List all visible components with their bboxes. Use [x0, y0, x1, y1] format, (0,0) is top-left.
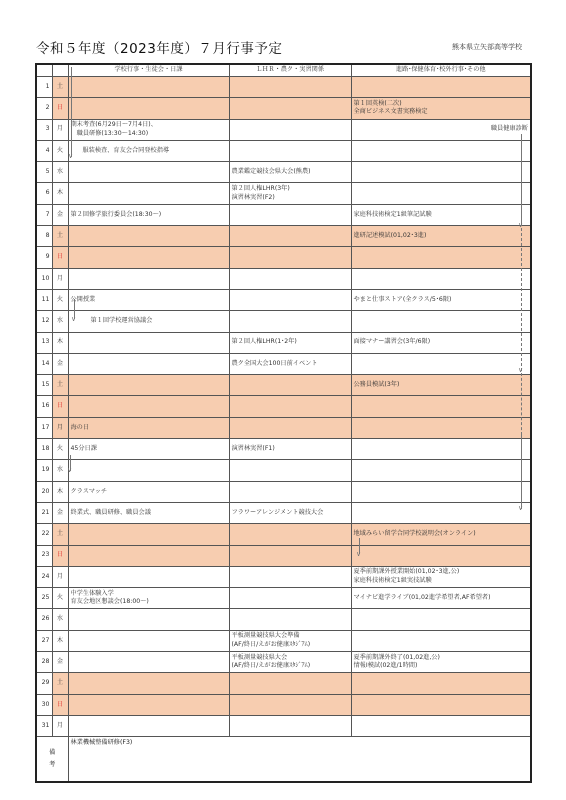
weekday: 月	[52, 715, 68, 736]
weekday: 火	[52, 439, 68, 460]
day-number: 31	[36, 715, 52, 736]
day-row: 25火中学生体験入学 育友会地区懇談会(18:00～)マイナビ進学ライブ(01,…	[36, 588, 531, 609]
day-row: 19水	[36, 460, 531, 481]
school-event-cell	[68, 630, 229, 651]
weekday: 月	[52, 268, 68, 289]
day-row: 29土	[36, 673, 531, 694]
lhr-cell	[229, 524, 351, 545]
day-row: 26水	[36, 609, 531, 630]
day-row: 4火服装検査、育友会合同登校指導	[36, 140, 531, 161]
career-cell: 地域みらい留学合同学校説明会(オンライン)	[351, 524, 531, 545]
lhr-cell	[229, 247, 351, 268]
arrow-line-health-check	[521, 134, 522, 226]
career-cell: 面接マナー講習会(3年/6限)	[351, 332, 531, 353]
lhr-cell: フラワーアレンジメント競技大会	[229, 502, 351, 523]
school-event-cell	[68, 545, 229, 566]
day-number: 28	[36, 652, 52, 673]
career-cell: 夏季前期課外授業開始(01,02･3進,公) 家庭科技術検定1級実技試験	[351, 566, 531, 587]
lhr-cell	[229, 98, 351, 119]
lhr-cell: 農ク全国大会100日前イベント	[229, 353, 351, 374]
weekday: 木	[52, 481, 68, 502]
school-event-cell	[68, 183, 229, 204]
day-number: 17	[36, 417, 52, 438]
lhr-cell	[229, 609, 351, 630]
career-cell	[351, 481, 531, 502]
lhr-cell	[229, 460, 351, 481]
lhr-cell	[229, 119, 351, 140]
weekday: 金	[52, 353, 68, 374]
school-event-cell: 中学生体験入学 育友会地区懇談会(18:00～)	[68, 588, 229, 609]
day-row: 14金農ク全国大会100日前イベント	[36, 353, 531, 374]
school-event-cell: 第１回学校運営協議会	[68, 311, 229, 332]
lhr-cell: 第２回人権LHR(3年) 演習林実習(F2)	[229, 183, 351, 204]
career-cell	[351, 268, 531, 289]
school-event-cell	[68, 396, 229, 417]
day-number: 20	[36, 481, 52, 502]
remarks-row: 備 考 林業機械整備研修(F3)	[36, 737, 531, 783]
lhr-cell: 平板測量競技県大会準備 (AF/終日/えがお健康ｽﾀｼﾞｱﾑ)	[229, 630, 351, 651]
weekday: 水	[52, 460, 68, 481]
day-number: 5	[36, 162, 52, 183]
weekday: 火	[52, 588, 68, 609]
school-event-cell: 45分日課	[68, 439, 229, 460]
lhr-cell	[229, 77, 351, 98]
day-number: 26	[36, 609, 52, 630]
career-cell	[351, 673, 531, 694]
day-row: 30日	[36, 694, 531, 715]
school-event-cell	[68, 226, 229, 247]
career-cell	[351, 545, 531, 566]
school-event-cell: 終業式、職員研修、職員会議	[68, 502, 229, 523]
career-cell	[351, 396, 531, 417]
school-event-cell	[68, 353, 229, 374]
lhr-cell	[229, 417, 351, 438]
lhr-cell	[229, 481, 351, 502]
schedule-table: 学校行事・生徒会・日課 ＬＨＲ・農ク・実習関係 進路･保健体育･校外行事･その他…	[35, 63, 532, 783]
page-title: 令和５年度（2023年度）７月行事予定	[36, 37, 282, 57]
day-row: 21金終業式、職員研修、職員会議フラワーアレンジメント競技大会	[36, 502, 531, 523]
day-number: 14	[36, 353, 52, 374]
header-lhr: ＬＨＲ・農ク・実習関係	[229, 64, 351, 77]
school-event-cell	[68, 162, 229, 183]
career-cell: 進研記述模試(01,02･3進)	[351, 226, 531, 247]
career-cell	[351, 439, 531, 460]
weekday: 水	[52, 162, 68, 183]
day-number: 27	[36, 630, 52, 651]
day-row: 5水農業鑑定競技会県大会(熊農)	[36, 162, 531, 183]
career-cell: マイナビ進学ライブ(01,02進学希望者,AF希望者)	[351, 588, 531, 609]
lhr-cell	[229, 715, 351, 736]
weekday: 金	[52, 204, 68, 225]
day-number: 13	[36, 332, 52, 353]
day-row: 1土	[36, 77, 531, 98]
weekday: 木	[52, 183, 68, 204]
day-number: 21	[36, 502, 52, 523]
header-school-events: 学校行事・生徒会・日課	[68, 64, 229, 77]
weekday: 土	[52, 77, 68, 98]
header-day-num	[36, 64, 52, 77]
arrow-line-health-check-cont2	[521, 373, 522, 435]
arrow-down-icon: ∨	[71, 316, 76, 323]
career-cell	[351, 502, 531, 523]
lhr-cell	[229, 588, 351, 609]
remarks-text: 林業機械整備研修(F3)	[68, 737, 531, 783]
day-row: 24月夏季前期課外授業開始(01,02･3進,公) 家庭科技術検定1級実技試験	[36, 566, 531, 587]
lhr-cell: 第２回人権LHR(1･2年)	[229, 332, 351, 353]
day-row: 3月期末考査(6月29日～7月4日)、 職員研修(13:30～14:30)職員健…	[36, 119, 531, 140]
arrow-line-health-check-cont	[521, 228, 522, 371]
school-event-cell	[68, 524, 229, 545]
day-number: 10	[36, 268, 52, 289]
day-row: 17月海の日	[36, 417, 531, 438]
day-row: 31月	[36, 715, 531, 736]
career-cell: やまと仕事ストア(全クラス/5･6限)	[351, 289, 531, 310]
school-event-cell	[68, 332, 229, 353]
day-row: 6木第２回人権LHR(3年) 演習林実習(F2)	[36, 183, 531, 204]
lhr-cell	[229, 545, 351, 566]
lhr-cell: 農業鑑定競技会県大会(熊農)	[229, 162, 351, 183]
career-cell	[351, 460, 531, 481]
header-weekday	[52, 64, 68, 77]
career-cell: 夏季前期課外終了(01,02進,公) 情報Ⅰ模試(02進/1時間)	[351, 652, 531, 673]
day-row: 10月	[36, 268, 531, 289]
school-event-cell	[68, 566, 229, 587]
day-row: 11火公開授業やまと仕事ストア(全クラス/5･6限)	[36, 289, 531, 310]
header-row: 学校行事・生徒会・日課 ＬＨＲ・農ク・実習関係 進路･保健体育･校外行事･その他	[36, 64, 531, 77]
day-number: 15	[36, 375, 52, 396]
weekday: 月	[52, 119, 68, 140]
day-row: 8土進研記述模試(01,02･3進)	[36, 226, 531, 247]
arrow-line-exam-period	[71, 67, 72, 157]
lhr-cell	[229, 226, 351, 247]
day-number: 16	[36, 396, 52, 417]
arrow-line-health-check-cont3	[521, 435, 522, 509]
lhr-cell	[229, 566, 351, 587]
weekday: 火	[52, 289, 68, 310]
lhr-cell	[229, 204, 351, 225]
day-number: 22	[36, 524, 52, 545]
day-number: 23	[36, 545, 52, 566]
career-cell	[351, 715, 531, 736]
day-row: 9日	[36, 247, 531, 268]
career-cell	[351, 77, 531, 98]
career-cell	[351, 694, 531, 715]
weekday: 土	[52, 375, 68, 396]
day-row: 16日	[36, 396, 531, 417]
career-cell	[351, 630, 531, 651]
day-number: 2	[36, 98, 52, 119]
weekday: 土	[52, 673, 68, 694]
lhr-cell: 平板測量競技県大会 (AF/終日/えがお健康ｽﾀｼﾞｱﾑ)	[229, 652, 351, 673]
school-event-cell	[68, 694, 229, 715]
lhr-cell	[229, 311, 351, 332]
school-event-cell: 期末考査(6月29日～7月4日)、 職員研修(13:30～14:30)	[68, 119, 229, 140]
day-row: 13木第２回人権LHR(1･2年)面接マナー講習会(3年/6限)	[36, 332, 531, 353]
day-row: 28金平板測量競技県大会 (AF/終日/えがお健康ｽﾀｼﾞｱﾑ)夏季前期課外終了…	[36, 652, 531, 673]
weekday: 日	[52, 396, 68, 417]
lhr-cell	[229, 268, 351, 289]
career-cell	[351, 353, 531, 374]
weekday: 金	[52, 652, 68, 673]
day-row: 2日第１回英検(二次) 全商ビジネス文書実務検定	[36, 98, 531, 119]
day-number: 9	[36, 247, 52, 268]
lhr-cell	[229, 673, 351, 694]
day-number: 12	[36, 311, 52, 332]
day-number: 29	[36, 673, 52, 694]
school-event-cell	[68, 609, 229, 630]
day-number: 11	[36, 289, 52, 310]
day-number: 4	[36, 140, 52, 161]
school-event-cell	[68, 98, 229, 119]
school-event-cell	[68, 268, 229, 289]
lhr-cell	[229, 140, 351, 161]
weekday: 木	[52, 332, 68, 353]
career-cell	[351, 311, 531, 332]
day-number: 19	[36, 460, 52, 481]
school-event-cell	[68, 673, 229, 694]
career-cell	[351, 609, 531, 630]
career-cell: 公務員模試(3年)	[351, 375, 531, 396]
lhr-cell	[229, 289, 351, 310]
day-row: 27木平板測量競技県大会準備 (AF/終日/えがお健康ｽﾀｼﾞｱﾑ)	[36, 630, 531, 651]
school-event-cell	[68, 247, 229, 268]
lhr-cell	[229, 396, 351, 417]
weekday: 日	[52, 247, 68, 268]
school-event-cell	[68, 77, 229, 98]
day-number: 3	[36, 119, 52, 140]
day-number: 1	[36, 77, 52, 98]
school-event-cell	[68, 652, 229, 673]
day-number: 8	[36, 226, 52, 247]
arrow-down-icon: ∨	[356, 551, 361, 558]
arrow-down-icon: ∨	[67, 467, 72, 474]
weekday: 日	[52, 98, 68, 119]
lhr-cell	[229, 375, 351, 396]
career-cell: 職員健康診断	[351, 119, 531, 140]
arrow-down-icon: ∨	[518, 505, 523, 512]
day-number: 25	[36, 588, 52, 609]
school-event-cell: 第２回修学旅行委員会(18:30～)	[68, 204, 229, 225]
remarks-label: 備 考	[36, 737, 68, 783]
school-event-cell: 海の日	[68, 417, 229, 438]
header-career: 進路･保健体育･校外行事･その他	[351, 64, 531, 77]
career-cell	[351, 247, 531, 268]
weekday: 土	[52, 524, 68, 545]
career-cell: 第１回英検(二次) 全商ビジネス文書実務検定	[351, 98, 531, 119]
day-row: 15土公務員模試(3年)	[36, 375, 531, 396]
weekday: 月	[52, 417, 68, 438]
day-number: 24	[36, 566, 52, 587]
school-event-cell: 公開授業	[68, 289, 229, 310]
school-event-cell	[68, 375, 229, 396]
school-event-cell	[68, 715, 229, 736]
career-cell: 家庭科技術検定1級筆記試験	[351, 204, 531, 225]
day-row: 23日	[36, 545, 531, 566]
weekday: 日	[52, 694, 68, 715]
lhr-cell	[229, 694, 351, 715]
arrow-down-icon: ∨	[68, 153, 73, 160]
weekday: 水	[52, 311, 68, 332]
day-row: 20木クラスマッチ	[36, 481, 531, 502]
weekday: 木	[52, 630, 68, 651]
weekday: 日	[52, 545, 68, 566]
day-number: 18	[36, 439, 52, 460]
day-row: 7金第２回修学旅行委員会(18:30～)家庭科技術検定1級筆記試験	[36, 204, 531, 225]
career-cell	[351, 162, 531, 183]
day-row: 22土地域みらい留学合同学校説明会(オンライン)	[36, 524, 531, 545]
day-row: 12水第１回学校運営協議会	[36, 311, 531, 332]
career-cell	[351, 417, 531, 438]
school-name: 熊本県立矢部高等学校	[452, 42, 522, 52]
lhr-cell: 演習林実習(F1)	[229, 439, 351, 460]
weekday: 土	[52, 226, 68, 247]
day-number: 7	[36, 204, 52, 225]
day-number: 30	[36, 694, 52, 715]
day-row: 18火45分日課演習林実習(F1)	[36, 439, 531, 460]
weekday: 月	[52, 566, 68, 587]
school-event-cell: 服装検査、育友会合同登校指導	[68, 140, 229, 161]
weekday: 金	[52, 502, 68, 523]
career-cell	[351, 140, 531, 161]
weekday: 火	[52, 140, 68, 161]
career-cell	[351, 183, 531, 204]
weekday: 水	[52, 609, 68, 630]
school-event-cell: クラスマッチ	[68, 481, 229, 502]
school-event-cell	[68, 460, 229, 481]
day-number: 6	[36, 183, 52, 204]
